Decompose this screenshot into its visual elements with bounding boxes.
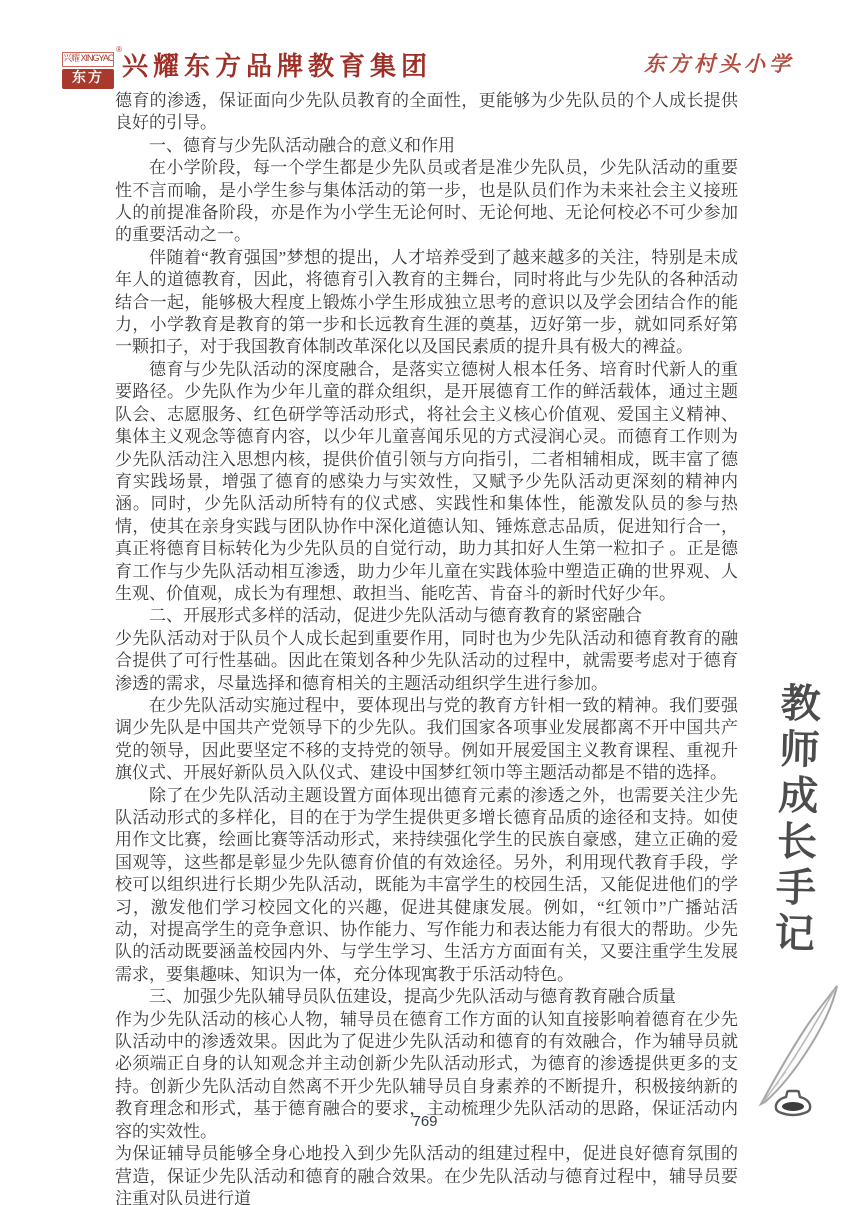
brand-logo: 兴耀 XINGYAO 东方 ® bbox=[62, 52, 114, 92]
paragraph: 在少先队活动实施过程中，要体现出与党的教育方针相一致的精神。我们要强调少先队是中… bbox=[115, 695, 738, 785]
school-name: 东方村头小学 bbox=[644, 50, 794, 78]
document-page: 兴耀 XINGYAO 东方 ® 兴耀东方品牌教育集团 东方村头小学 德育的渗透，… bbox=[0, 0, 850, 1205]
section-heading-3: 三、加强少先队辅导员队伍建设，提高少先队活动与德育教育融合质量 bbox=[115, 986, 738, 1008]
page-number: 769 bbox=[0, 1113, 850, 1130]
paragraph: 为保证辅导员能够全身心地投入到少先队活动的组建过程中，促进良好德育氛围的营造，保… bbox=[115, 1143, 738, 1205]
group-name: 兴耀东方品牌教育集团 bbox=[122, 50, 432, 84]
teacher-growth-notes-calligraphy: 教师成长手记 bbox=[752, 681, 836, 975]
page-header: 兴耀 XINGYAO 东方 ® 兴耀东方品牌教育集团 东方村头小学 bbox=[62, 48, 794, 96]
paragraph-continuation: 德育的渗透，保证面向少先队员教育的全面性，更能够为少先队员的个人成长提供良好的引… bbox=[115, 90, 738, 135]
section-heading-2: 二、开展形式多样的活动，促进少先队活动与德育教育的紧密融合 bbox=[115, 605, 738, 627]
paragraph: 在小学阶段，每一个学生都是少先队员或者是准少先队员，少先队活动的重要性不言而喻，… bbox=[115, 157, 738, 247]
paragraph: 少先队活动对于队员个人成长起到重要作用，同时也为少先队活动和德育教育的融合提供了… bbox=[115, 628, 738, 695]
document-body: 德育的渗透，保证面向少先队员教育的全面性，更能够为少先队员的个人成长提供良好的引… bbox=[115, 90, 738, 1205]
paragraph: 除了在少先队活动主题设置方面体现出德育元素的渗透之外，也需要关注少先队活动形式的… bbox=[115, 785, 738, 987]
quill-ink-icon bbox=[753, 982, 848, 1122]
brand-logo-top-text: 兴耀 XINGYAO bbox=[62, 52, 114, 67]
brand-logo-seal: 东方 bbox=[62, 69, 114, 89]
paragraph: 德育与少先队活动的深度融合，是落实立德树人根本任务、培育时代新人的重要路径。少先… bbox=[115, 359, 738, 605]
section-heading-1: 一、德育与少先队活动融合的意义和作用 bbox=[115, 135, 738, 157]
paragraph: 伴随着“教育强国”梦想的提出，人才培养受到了越来越多的关注，特别是未成年人的道德… bbox=[115, 247, 738, 359]
